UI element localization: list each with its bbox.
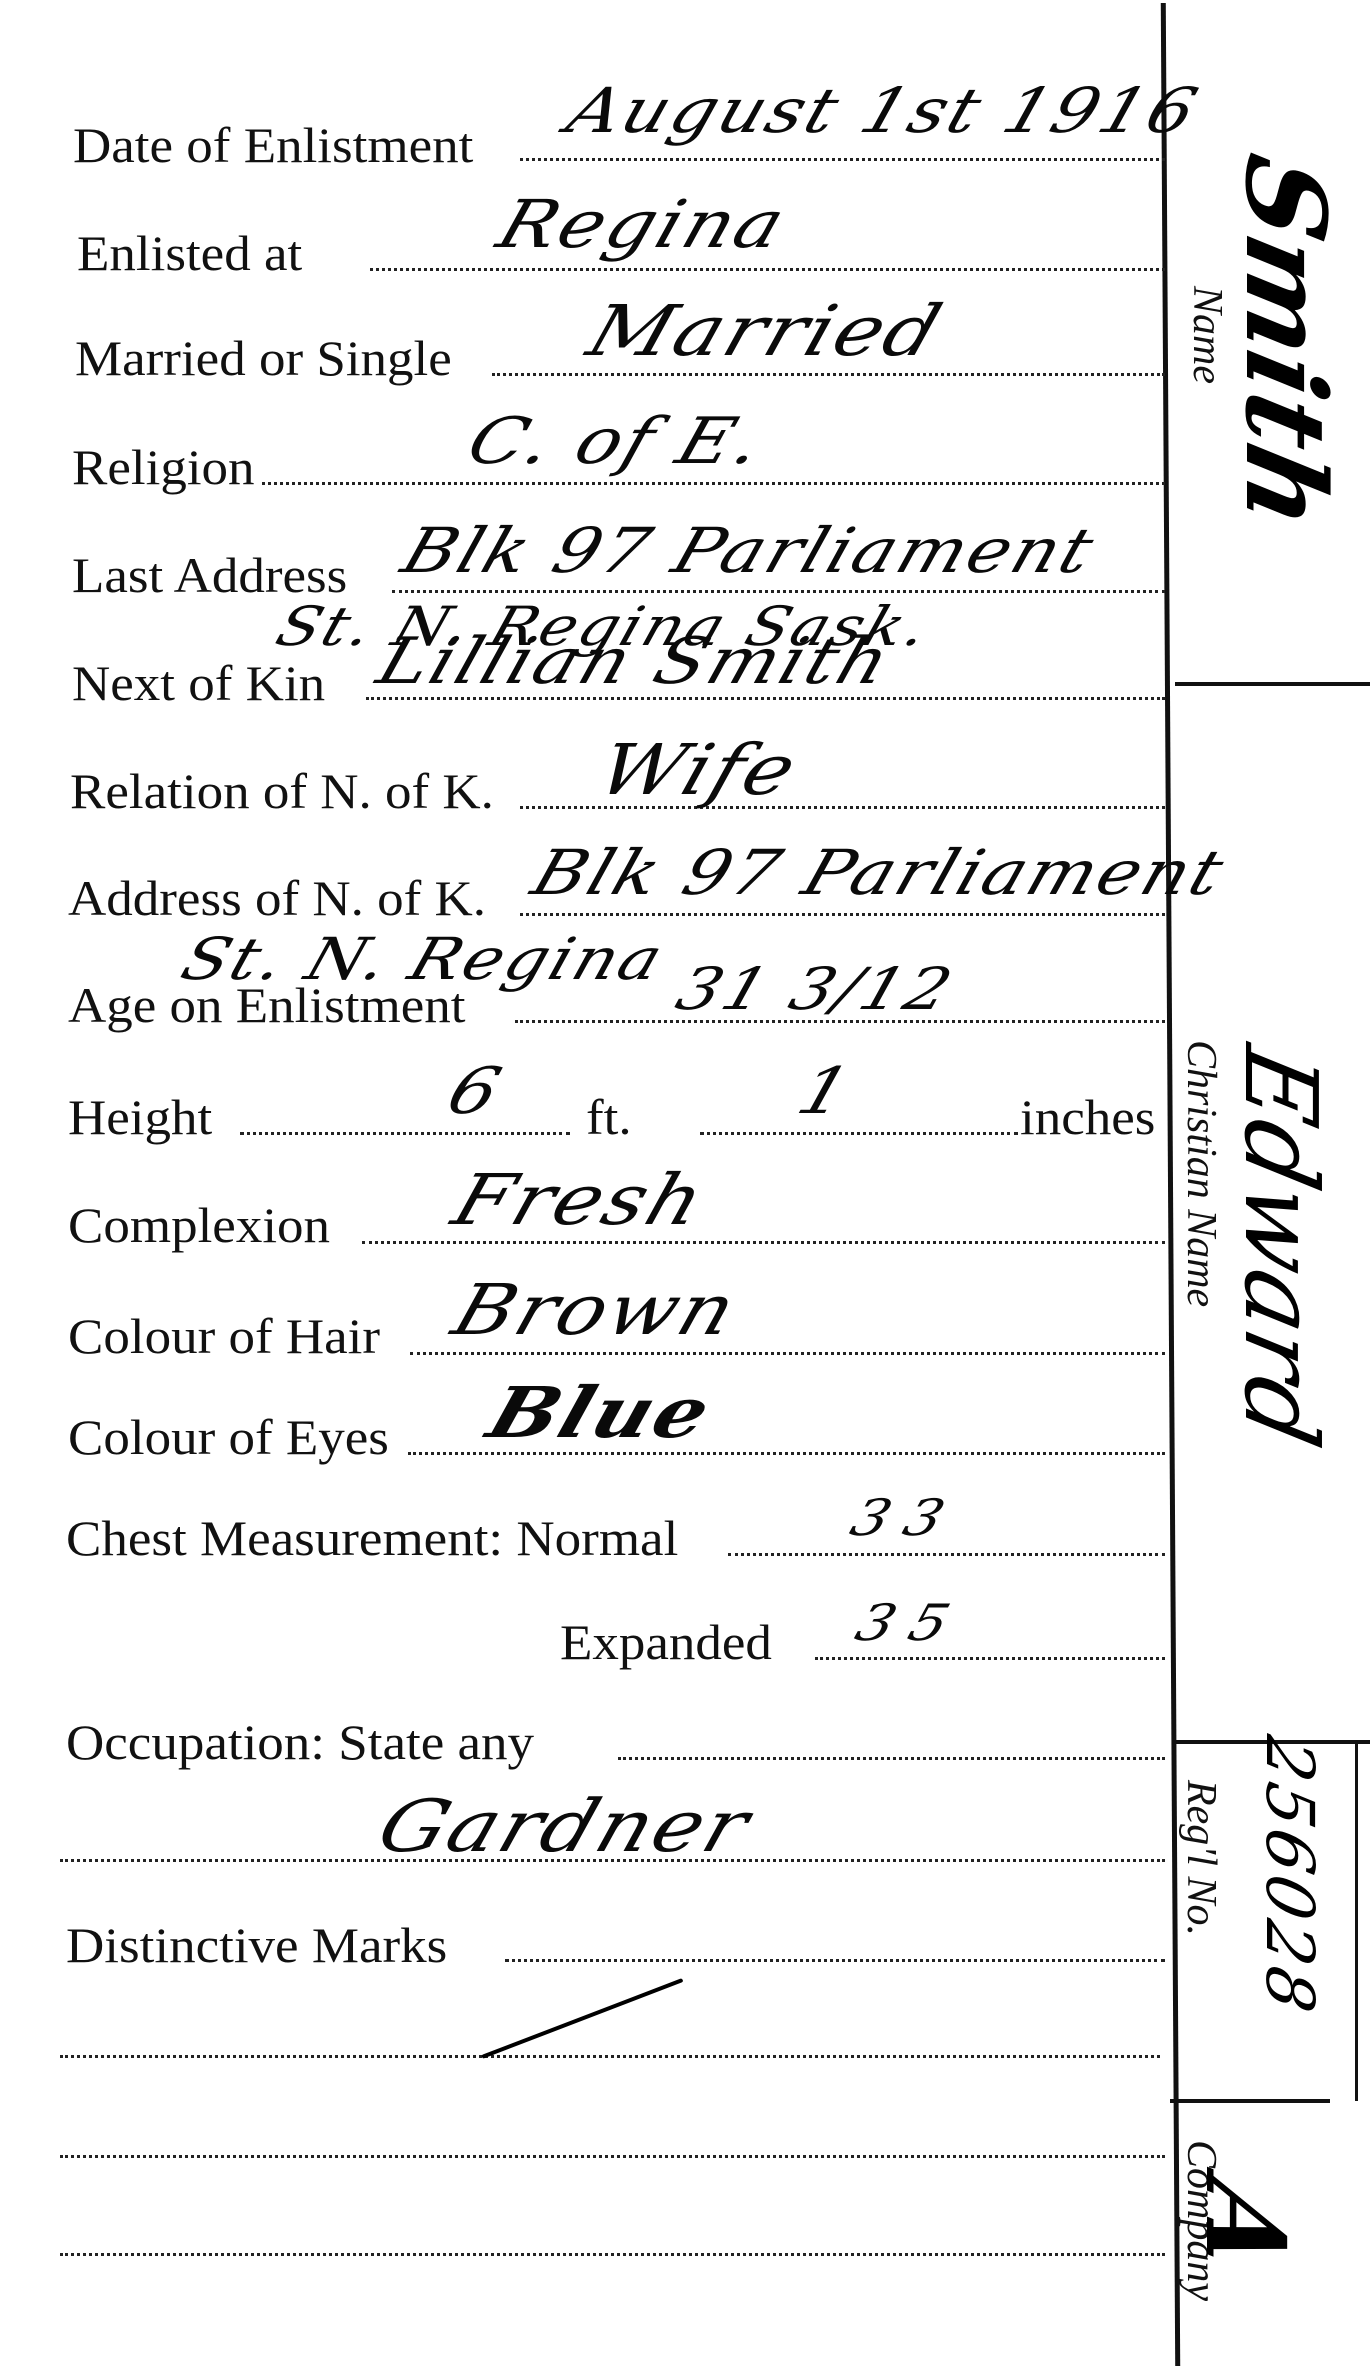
age-fraction: 3/12 xyxy=(781,955,962,1023)
religion-label: Religion xyxy=(72,442,255,492)
regt-no-value[interactable]: 256028 xyxy=(1256,1731,1322,2021)
colour-of-eyes-value[interactable]: Blue xyxy=(480,1378,720,1448)
enlisted-at-label: Enlisted at xyxy=(77,228,302,278)
distinctive-marks-line-3 xyxy=(60,2155,1165,2158)
distinctive-marks-dash-mark xyxy=(481,1978,683,2059)
date-of-enlistment-label: Date of Enlistment xyxy=(73,120,473,170)
date-of-enlistment-value[interactable]: August 1st 1916 xyxy=(560,80,1206,142)
chest-expanded-value[interactable]: 35 xyxy=(850,1598,972,1648)
married-or-single-value[interactable]: Married xyxy=(580,296,951,366)
enlisted-at-value[interactable]: Regina xyxy=(490,192,794,258)
name-value[interactable]: Smith xyxy=(1230,147,1340,539)
enlisted-at-line xyxy=(370,268,1165,271)
religion-value[interactable]: C. of E. xyxy=(460,410,772,474)
next-of-kin-value[interactable]: Lillian Smith xyxy=(370,630,899,694)
chest-normal-label: Chest Measurement: Normal xyxy=(66,1513,678,1563)
age-on-enlistment-label: Age on Enlistment xyxy=(68,980,465,1030)
occupation-value[interactable]: Gardner xyxy=(370,1790,760,1862)
height-inches-line xyxy=(700,1132,1018,1135)
last-address-line xyxy=(392,590,1165,593)
last-address-label: Last Address xyxy=(72,550,347,600)
complexion-line xyxy=(362,1241,1165,1244)
height-feet-value[interactable]: 6 xyxy=(440,1060,510,1124)
christian-name-value[interactable]: Edward xyxy=(1230,1039,1330,1454)
height-label: Height xyxy=(68,1092,212,1142)
occupation-line-1 xyxy=(618,1757,1165,1760)
colour-of-hair-label: Colour of Hair xyxy=(68,1311,380,1361)
height-inches-value[interactable]: 1 xyxy=(790,1060,860,1124)
married-or-single-label: Married or Single xyxy=(75,333,452,383)
regt-no-box-right xyxy=(1355,1742,1358,2101)
address-of-nok-line xyxy=(520,913,1165,916)
distinctive-marks-label: Distinctive Marks xyxy=(66,1920,447,1970)
address-of-nok-value[interactable]: Blk 97 Parliament xyxy=(525,842,1233,904)
distinctive-marks-line-2 xyxy=(60,2055,1160,2058)
address-of-nok-label: Address of N. of K. xyxy=(68,873,486,923)
complexion-label: Complexion xyxy=(68,1200,330,1250)
relation-of-nok-label: Relation of N. of K. xyxy=(70,766,494,816)
married-or-single-line xyxy=(492,373,1165,376)
age-on-enlistment-value[interactable]: 31 3/12 xyxy=(670,960,961,1018)
chest-normal-value[interactable]: 33 xyxy=(845,1493,967,1543)
complexion-value[interactable]: Fresh xyxy=(445,1165,714,1235)
height-feet-unit: ft. xyxy=(586,1092,632,1142)
colour-of-eyes-label: Colour of Eyes xyxy=(68,1412,389,1462)
height-inches-unit: inches xyxy=(1020,1092,1155,1142)
chest-normal-line xyxy=(728,1553,1165,1556)
relation-of-nok-value[interactable]: Wife xyxy=(590,735,806,805)
colour-of-hair-value[interactable]: Brown xyxy=(445,1275,746,1345)
christian-name-label: Christian Name xyxy=(1180,1040,1222,1307)
next-of-kin-label: Next of Kin xyxy=(72,658,325,708)
last-address-value[interactable]: Blk 97 Parliament xyxy=(395,520,1103,582)
religion-line xyxy=(262,482,1165,485)
chest-expanded-line xyxy=(815,1657,1165,1660)
distinctive-marks-line-4 xyxy=(60,2253,1165,2256)
regt-no-section-divider xyxy=(1170,2099,1330,2103)
age-years: 31 xyxy=(668,955,780,1023)
date-of-enlistment-line xyxy=(520,158,1165,161)
distinctive-marks-line-1 xyxy=(505,1959,1165,1962)
colour-of-hair-line xyxy=(410,1352,1165,1355)
name-section-divider xyxy=(1175,682,1370,686)
attestation-card: Date of Enlistment August 1st 1916 Enlis… xyxy=(0,0,1370,2366)
height-feet-line xyxy=(240,1132,570,1135)
chest-expanded-label: Expanded xyxy=(560,1617,772,1667)
occupation-label: Occupation: State any xyxy=(66,1717,534,1767)
regt-no-label: Reg'l No. xyxy=(1180,1780,1222,1936)
